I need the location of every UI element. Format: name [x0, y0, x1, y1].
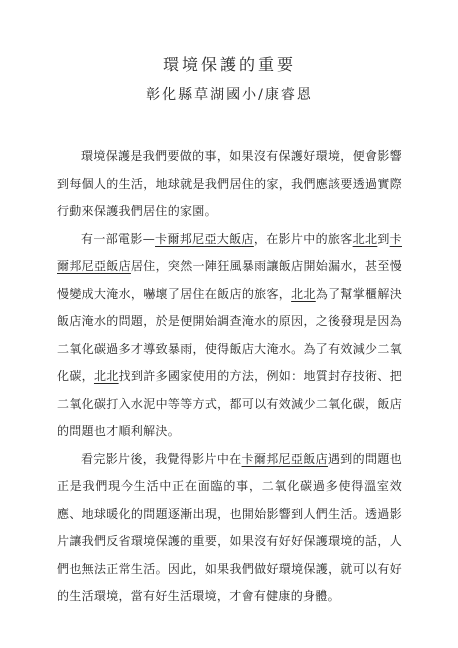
proper-noun-underlined: 卡爾邦尼亞飯店 — [242, 452, 328, 466]
paragraph: 環境保護是我們要做的事，如果沒有保護好環境，便會影響到每個人的生活，地球就是我們… — [57, 143, 402, 226]
text-run: 看完影片後，我覺得影片中在 — [81, 452, 242, 466]
paragraph: 有一部電影—卡爾邦尼亞大飯店，在影片中的旅客北北到卡爾邦尼亞飯店居住，突然一陣狂… — [57, 226, 402, 446]
text-run: 遇到的問題也正是我們現今生活中正在面臨的事，二氧化碳過多使得溫室效應、地球暖化的… — [57, 452, 402, 604]
text-run: ，在影片中的旅客 — [254, 232, 353, 246]
proper-noun-underlined: 北北 — [94, 369, 119, 383]
document-page: 環境保護的重要 彰化縣草湖國小/康睿恩 環境保護是我們要做的事，如果沒有保護好環… — [0, 0, 458, 648]
document-title: 環境保護的重要 — [57, 50, 402, 80]
author-byline: 彰化縣草湖國小/康睿恩 — [57, 80, 402, 110]
essay-body: 環境保護是我們要做的事，如果沒有保護好環境，便會影響到每個人的生活，地球就是我們… — [57, 143, 402, 611]
text-run: 環境保護是我們要做的事，如果沒有保護好環境，便會影響到每個人的生活，地球就是我們… — [57, 149, 402, 218]
proper-noun-underlined: 卡爾邦尼亞大飯店 — [155, 232, 254, 246]
text-run: 到 — [377, 232, 389, 246]
text-run: 有一部電影— — [81, 232, 155, 246]
proper-noun-underlined: 北北 — [291, 287, 316, 301]
proper-noun-underlined: 北北 — [353, 232, 378, 246]
paragraph: 看完影片後，我覺得影片中在卡爾邦尼亞飯店遇到的問題也正是我們現今生活中正在面臨的… — [57, 446, 402, 611]
